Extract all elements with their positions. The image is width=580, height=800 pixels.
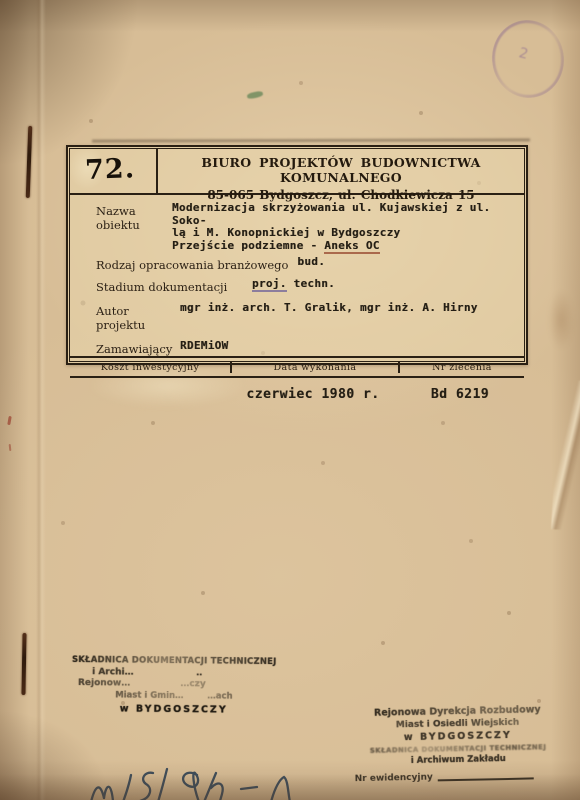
techn-text: techn. (287, 277, 335, 290)
table-header-data: Data wykonania (232, 362, 400, 373)
field-stadium: Stadium dokumentacji proj. techn. (96, 278, 518, 294)
field-value: bud. (297, 256, 325, 269)
stamp-line: Rejonow… …czy (70, 678, 278, 690)
binding-staple-bottom (21, 633, 26, 695)
org-name: BIURO PROJEKTÓW BUDOWNICTWA KOMUNALNEGO (158, 155, 524, 185)
round-ink-stamp (487, 15, 569, 102)
org-header-cell: BIURO PROJEKTÓW BUDOWNICTWA KOMUNALNEGO … (158, 149, 524, 193)
field-label: Stadium dokumentacji (96, 278, 252, 294)
stamp-line: SKŁADNICA DOKUMENTACJI TECHNICZNEJ (70, 655, 278, 667)
field-value: RDEMiOW (180, 340, 228, 353)
field-label: Autor projektu (96, 302, 180, 332)
field-label: Rodzaj opracowania branżowego (96, 256, 288, 272)
field-label: Nazwa obiektu (96, 202, 172, 232)
field-rodzaj: Rodzaj opracowania branżowego bud. (96, 256, 518, 272)
stamp-line: Miast i Gmin… …ach (70, 690, 278, 702)
field-value: proj. techn. (252, 278, 335, 291)
field-autor: Autor projektu mgr inż. arch. T. Gralik,… (96, 302, 518, 332)
form-footer-table: Koszt inwestycyjny Data wykonania Nr zle… (70, 356, 524, 411)
table-value-data: czerwiec 1980 r. (230, 387, 396, 402)
page-number-cell: 72. (70, 149, 158, 193)
paper-tear-right-edge (551, 379, 580, 530)
form-box: 72. BIURO PROJEKTÓW BUDOWNICTWA KOMUNALN… (66, 145, 528, 365)
scanned-document-page: { "document": { "page_number": "72.", "f… (0, 0, 580, 800)
form-header-row: 72. BIURO PROJEKTÓW BUDOWNICTWA KOMUNALN… (70, 149, 524, 195)
table-header-row: Koszt inwestycyjny Data wykonania Nr zle… (70, 358, 524, 378)
field-value: mgr inż. arch. T. Gralik, mgr inż. A. Hi… (180, 302, 478, 315)
paper-stain (548, 290, 574, 350)
nazwa-line1: Modernizacja skrzyżowania ul. Kujawskiej… (172, 201, 490, 227)
form-box-inner-border: 72. BIURO PROJEKTÓW BUDOWNICTWA KOMUNALN… (69, 148, 525, 362)
green-ink-mark (247, 90, 264, 99)
table-header-koszt: Koszt inwestycyjny (70, 362, 232, 373)
field-label: Zamawiający (96, 340, 180, 356)
table-header-zlecenie: Nr zlecenia (400, 362, 524, 373)
handwritten-page-number: 72. (69, 148, 156, 187)
red-thread-mark (7, 416, 12, 425)
stamp-line: i Archiwum Zakładu (352, 753, 564, 767)
paper-fold-line (36, 0, 46, 800)
aneks-oc-underlined: Aneks OC (324, 239, 379, 254)
field-value: Modernizacja skrzyżowania ul. Kujawskiej… (172, 202, 518, 252)
form-fields: Nazwa obiektu Modernizacja skrzyżowania … (70, 195, 524, 356)
paper-shading-bottom-left (0, 710, 110, 800)
nazwa-line3-prefix: Przejście podziemne - (172, 239, 324, 252)
archive-stamp-right: Rejonowa Dyrekcja Rozbudowy Miast i Osie… (351, 704, 565, 784)
table-value-zlecenie: Bd 6219 (396, 387, 524, 402)
field-nazwa-obiektu: Nazwa obiektu Modernizacja skrzyżowania … (96, 202, 518, 252)
red-thread-mark (9, 444, 12, 451)
field-zamawiajacy: Zamawiający RDEMiOW (96, 340, 518, 356)
table-values-row: czerwiec 1980 r. Bd 6219 (70, 378, 524, 411)
stamp-line: w BYDGOSZCZY (352, 729, 564, 744)
proj-underlined: proj. (252, 277, 287, 292)
nazwa-line2: lą i M. Konopnickiej w Bydgoszczy (172, 226, 400, 239)
pasted-form-edge-shadow (92, 138, 530, 142)
paper-speckles (0, 0, 2, 2)
archive-stamp-left: SKŁADNICA DOKUMENTACJI TECHNICZNEJ i Arc… (70, 655, 279, 716)
